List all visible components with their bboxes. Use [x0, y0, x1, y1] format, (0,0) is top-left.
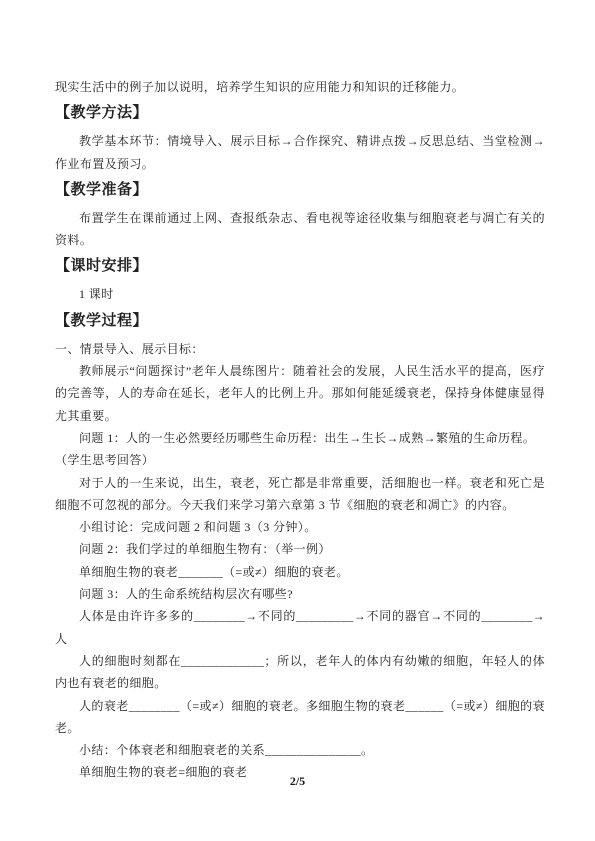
paragraph: 教学基本环节：情境导入、展示目标→合作探究、精讲点拨→反思总结、当堂检测→作业布…: [55, 130, 545, 175]
page-footer: 2/5: [0, 772, 595, 790]
document-page: 现实生活中的例子加以说明，培养学生知识的应用能力和知识的迁移能力。【教学方法】教…: [0, 0, 595, 841]
paragraph: 1 课时: [55, 283, 545, 305]
page-number: 2/5: [290, 774, 305, 788]
paragraph: 布置学生在课前通过上网、查报纸杂志、看电视等途径收集与细胞衰老与凋亡有关的资料。: [55, 207, 545, 252]
paragraph: 问题 2：我们学过的单细胞生物有：（举一例）: [55, 538, 545, 560]
paragraph: 问题 1：人的一生必然要经历哪些生命历程：出生→生长→成熟→繁殖的生命历程。: [55, 427, 545, 449]
paragraph: 现实生活中的例子加以说明，培养学生知识的应用能力和知识的迁移能力。: [55, 76, 545, 98]
paragraph: 一、情景导入、展示目标：: [55, 338, 545, 360]
paragraph: 人体是由许许多多的________→不同的_________→不同的器官→不同的…: [55, 605, 545, 650]
section-heading: 【教学准备】: [55, 178, 545, 202]
paragraph: 单细胞生物的衰老_______（=或≠）细胞的衰老。: [55, 561, 545, 583]
paragraph: 人的细胞时刻都在_____________；所以，老年人的体内有幼嫩的细胞，年轻…: [55, 650, 545, 695]
paragraph: 教师展示“问题探讨”老年人晨练图片：随着社会的发展，人民生活水平的提高，医疗的完…: [55, 360, 545, 427]
paragraph: 小结：个体衰老和细胞衰老的关系_______________。: [55, 739, 545, 761]
paragraph: （学生思考回答）: [55, 449, 545, 471]
paragraph: 对于人的一生来说，出生，衰老，死亡都是非常重要，活细胞也一样。衰老和死亡是细胞不…: [55, 472, 545, 517]
section-heading: 【课时安排】: [55, 254, 545, 278]
section-heading: 【教学方法】: [55, 101, 545, 125]
document-content: 现实生活中的例子加以说明，培养学生知识的应用能力和知识的迁移能力。【教学方法】教…: [55, 76, 545, 784]
section-heading: 【教学过程】: [55, 309, 545, 333]
paragraph: 小组讨论：完成问题 2 和问题 3（3 分钟）。: [55, 516, 545, 538]
paragraph: 人的衰老________（=或≠）细胞的衰老。多细胞生物的衰老______（=或…: [55, 695, 545, 740]
paragraph: 问题 3：人的生命系统结构层次有哪些?: [55, 583, 545, 605]
